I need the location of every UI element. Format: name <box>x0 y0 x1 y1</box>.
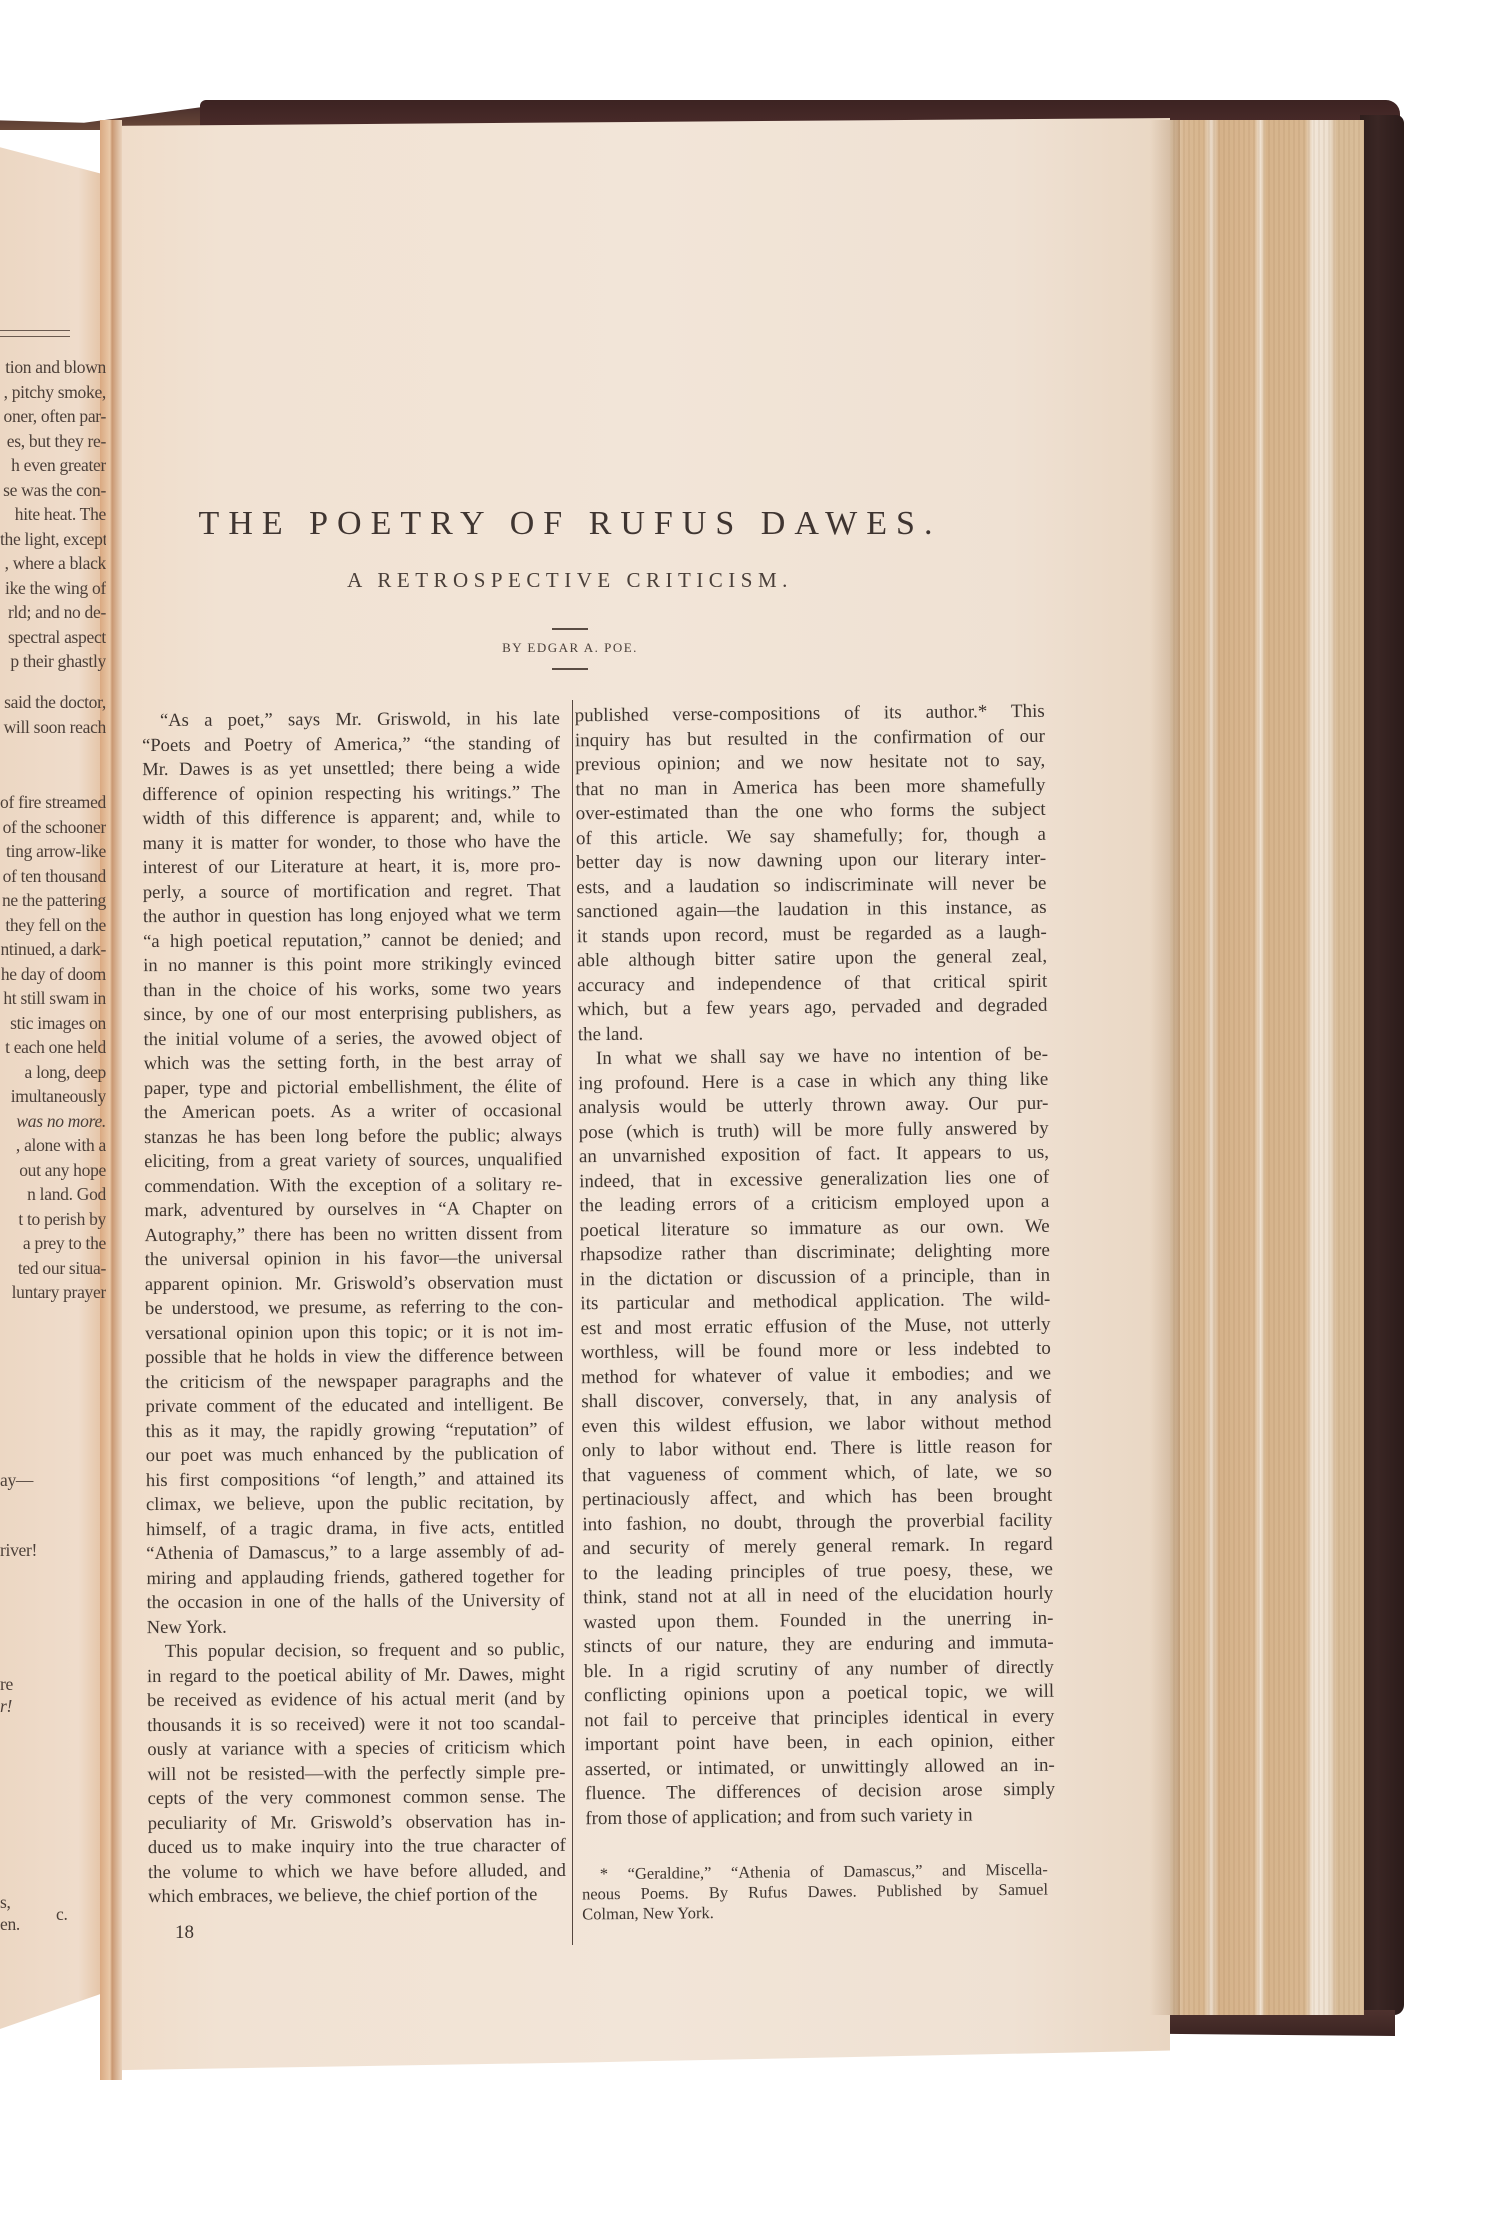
text-line: which embraces, we believe, the chief po… <box>148 1883 566 1910</box>
left-page-line: was no more. <box>0 1109 106 1134</box>
left-page-line: h even greater <box>0 453 106 478</box>
text-line: the occasion in one of the halls of the … <box>146 1589 564 1616</box>
book-cover-spine-edge <box>1360 115 1404 2015</box>
left-page-line: of the schooner <box>0 815 106 840</box>
text-line: think, stand not at all in need of the e… <box>583 1582 1053 1611</box>
text-line: himself, of a tragic drama, in five acts… <box>146 1515 564 1542</box>
text-line: paper, type and pictorial embellishment,… <box>144 1074 562 1101</box>
text-line: the American poets. As a writer of occas… <box>144 1099 562 1126</box>
text-line: the author in question has long enjoyed … <box>143 903 561 930</box>
text-line: duced us to make inquiry into the true c… <box>148 1834 566 1861</box>
left-page-line: n land. God <box>0 1182 106 1207</box>
left-page-verse-fragment: re <box>0 1672 30 1697</box>
left-page-line: hite heat. The <box>0 502 106 527</box>
text-line: Autography,” there has been no written d… <box>145 1221 563 1248</box>
left-page-line: t each one held <box>0 1035 106 1060</box>
text-line: which was the setting forth, in the best… <box>144 1050 562 1077</box>
left-page-line: rld; and no de- <box>0 600 106 625</box>
text-line: New York. <box>147 1613 565 1640</box>
left-page-line: said the doctor, <box>0 690 106 715</box>
article-column-left: “As a poet,” says Mr. Griswold, in his l… <box>142 707 566 1910</box>
left-page-line: es, but they re- <box>0 429 106 454</box>
left-page-line: t to perish by <box>0 1207 106 1232</box>
text-line: ously at variance with a species of crit… <box>147 1736 565 1763</box>
left-page-text-lower: of fire streamedof the schoonerting arro… <box>0 790 106 1305</box>
text-line: our poet was much enhanced by the public… <box>146 1442 564 1469</box>
text-line: apparent opinion. Mr. Griswold’s observa… <box>145 1270 563 1297</box>
text-line: his first compositions “of length,” and … <box>146 1466 564 1493</box>
text-line: which, but a few years ago, pervaded and… <box>577 994 1047 1023</box>
text-line: Mr. Dawes is as yet unsettled; there bei… <box>142 756 560 783</box>
text-line: “Poets and Poetry of America,” “the stan… <box>142 731 560 758</box>
left-page-line: , where a black <box>0 551 106 576</box>
left-page-bottom-fragment: s, <box>0 1890 20 1915</box>
page-number: 18 <box>175 1922 194 1944</box>
left-page-line: of fire streamed <box>0 790 106 815</box>
left-page-line: a prey to the <box>0 1231 106 1256</box>
text-line: stanzas he has been long before the publ… <box>144 1123 562 1150</box>
text-line: private comment of the educated and inte… <box>145 1393 563 1420</box>
left-page-line: the light, except <box>0 527 106 552</box>
left-page-line: ntinued, a dark- <box>0 937 106 962</box>
left-page-line: ted our situa- <box>0 1256 106 1281</box>
text-line: this as it may, the rapidly growing “rep… <box>146 1417 564 1444</box>
left-page-line: he day of doom <box>0 962 106 987</box>
left-page-line: of ten thousand <box>0 864 106 889</box>
left-page-line: oner, often par- <box>0 404 106 429</box>
text-line: its particular and methodical applicatio… <box>580 1288 1050 1317</box>
text-line: than in the choice of his works, some tw… <box>143 976 561 1003</box>
text-line: versational opinion upon this topic; or … <box>145 1319 563 1346</box>
text-line: climax, we believe, upon the public reci… <box>146 1491 564 1518</box>
left-page-text-mid: said the doctor,will soon reach <box>0 690 106 739</box>
text-line: the universal opinion in his favor—the u… <box>145 1246 563 1273</box>
text-line: peculiarity of Mr. Griswold’s observatio… <box>148 1809 566 1836</box>
left-page-verse-fragment: ay— <box>0 1468 60 1493</box>
text-line: be understood, we presume, as referring … <box>145 1295 563 1322</box>
text-line: since, by one of our most enterprising p… <box>143 1001 561 1028</box>
left-page-line: out any hope <box>0 1158 106 1183</box>
left-page-verse-fragment: r! <box>0 1694 30 1719</box>
text-line: from those of application; and from such… <box>585 1802 1055 1831</box>
text-line: miring and applauding friends, gathered … <box>146 1564 564 1591</box>
left-page-line: will soon reach <box>0 715 106 740</box>
text-line: worthless, will be found more or less in… <box>581 1337 1051 1366</box>
left-page-bottom-fragment: c. <box>56 1902 76 1927</box>
text-line: stincts of our nature, they are enduring… <box>584 1631 1054 1660</box>
text-line: cepts of the very commonest common sense… <box>148 1785 566 1812</box>
text-line: the volume to which we have before allud… <box>148 1858 566 1885</box>
byline-rule-bottom <box>552 668 588 670</box>
article-byline: BY EDGAR A. POE. <box>440 640 700 656</box>
article-title: THE POETRY OF RUFUS DAWES. <box>160 505 980 543</box>
text-line: many it is matter for wonder, to those w… <box>143 829 561 856</box>
article-subtitle: A RETROSPECTIVE CRITICISM. <box>260 568 880 593</box>
text-line: “Athenia of Damascus,” to a large assemb… <box>146 1540 564 1567</box>
text-line: the initial volume of a series, the avow… <box>144 1025 562 1052</box>
text-line: conflicting opinions upon a poetical top… <box>584 1680 1054 1709</box>
left-page-line: they fell on the <box>0 913 106 938</box>
byline-rule-top <box>552 628 588 630</box>
text-line: This popular decision, so frequent and s… <box>147 1638 565 1665</box>
left-page-line: ike the wing of <box>0 576 106 601</box>
text-line: fluence. The differences of decision aro… <box>585 1778 1055 1807</box>
left-page-bottom-fragment: en. <box>0 1912 20 1937</box>
text-line: mark, adventured by ourselves in “A Chap… <box>144 1197 562 1224</box>
text-line: difference of opinion respecting his wri… <box>142 780 560 807</box>
text-line: thousands it is so received) were it not… <box>147 1711 565 1738</box>
left-page-line: tion and blown <box>0 355 106 380</box>
left-page-line: ht still swam in <box>0 986 106 1011</box>
left-page-line: imultaneously <box>0 1084 106 1109</box>
page-edge-shadow <box>1150 120 1180 2015</box>
left-page-line: luntary prayer <box>0 1280 106 1305</box>
column-divider <box>572 700 573 1945</box>
text-line: the criticism of the newspaper paragraph… <box>145 1368 563 1395</box>
text-line: eliciting, from a great variety of sourc… <box>144 1148 562 1175</box>
left-page-line: spectral aspect <box>0 625 106 650</box>
left-page-line: , pitchy smoke, <box>0 380 106 405</box>
left-page-line: ne the pattering <box>0 888 106 913</box>
left-page-line: p their ghastly <box>0 649 106 674</box>
left-page-line: se was the con- <box>0 478 106 503</box>
text-line: width of this difference is apparent; an… <box>142 805 560 832</box>
text-line: possible that he holds in view the diffe… <box>145 1344 563 1371</box>
text-line: will not be resisted—with the perfectly … <box>147 1760 565 1787</box>
text-line: rhapsodize rather than discriminate; del… <box>580 1239 1050 1268</box>
left-page-rule <box>0 330 70 331</box>
left-page-line: a long, deep <box>0 1060 106 1085</box>
text-line: “a high poetical reputation,” cannot be … <box>143 927 561 954</box>
left-page-rule-2 <box>0 336 70 337</box>
article-footnote: * “Geraldine,” “Athenia of Damascus,” an… <box>582 1860 1049 1925</box>
left-page-line: stic images on <box>0 1011 106 1036</box>
text-line: be received as evidence of his actual me… <box>147 1687 565 1714</box>
left-page-text-top: tion and blown, pitchy smoke,oner, often… <box>0 355 106 674</box>
text-line: in no manner is this point more striking… <box>143 952 561 979</box>
text-line: interest of our Literature at heart, it … <box>143 854 561 881</box>
article-column-right: published verse-compositions of its auth… <box>575 700 1056 1831</box>
page-edges-stack <box>1168 120 1364 2015</box>
text-line: in regard to the poetical ability of Mr.… <box>147 1662 565 1689</box>
left-page-verse-fragment: river! <box>0 1538 60 1563</box>
text-line: perly, a source of mortification and reg… <box>143 878 561 905</box>
text-line: sanctioned again—the laudation in this i… <box>576 896 1046 925</box>
text-line: “As a poet,” says Mr. Griswold, in his l… <box>142 707 560 734</box>
text-line: able although bitter satire upon the gen… <box>577 945 1047 974</box>
text-line: commendation. With the exception of a so… <box>144 1172 562 1199</box>
left-page-line: ting arrow-like <box>0 839 106 864</box>
left-page-line: , alone with a <box>0 1133 106 1158</box>
